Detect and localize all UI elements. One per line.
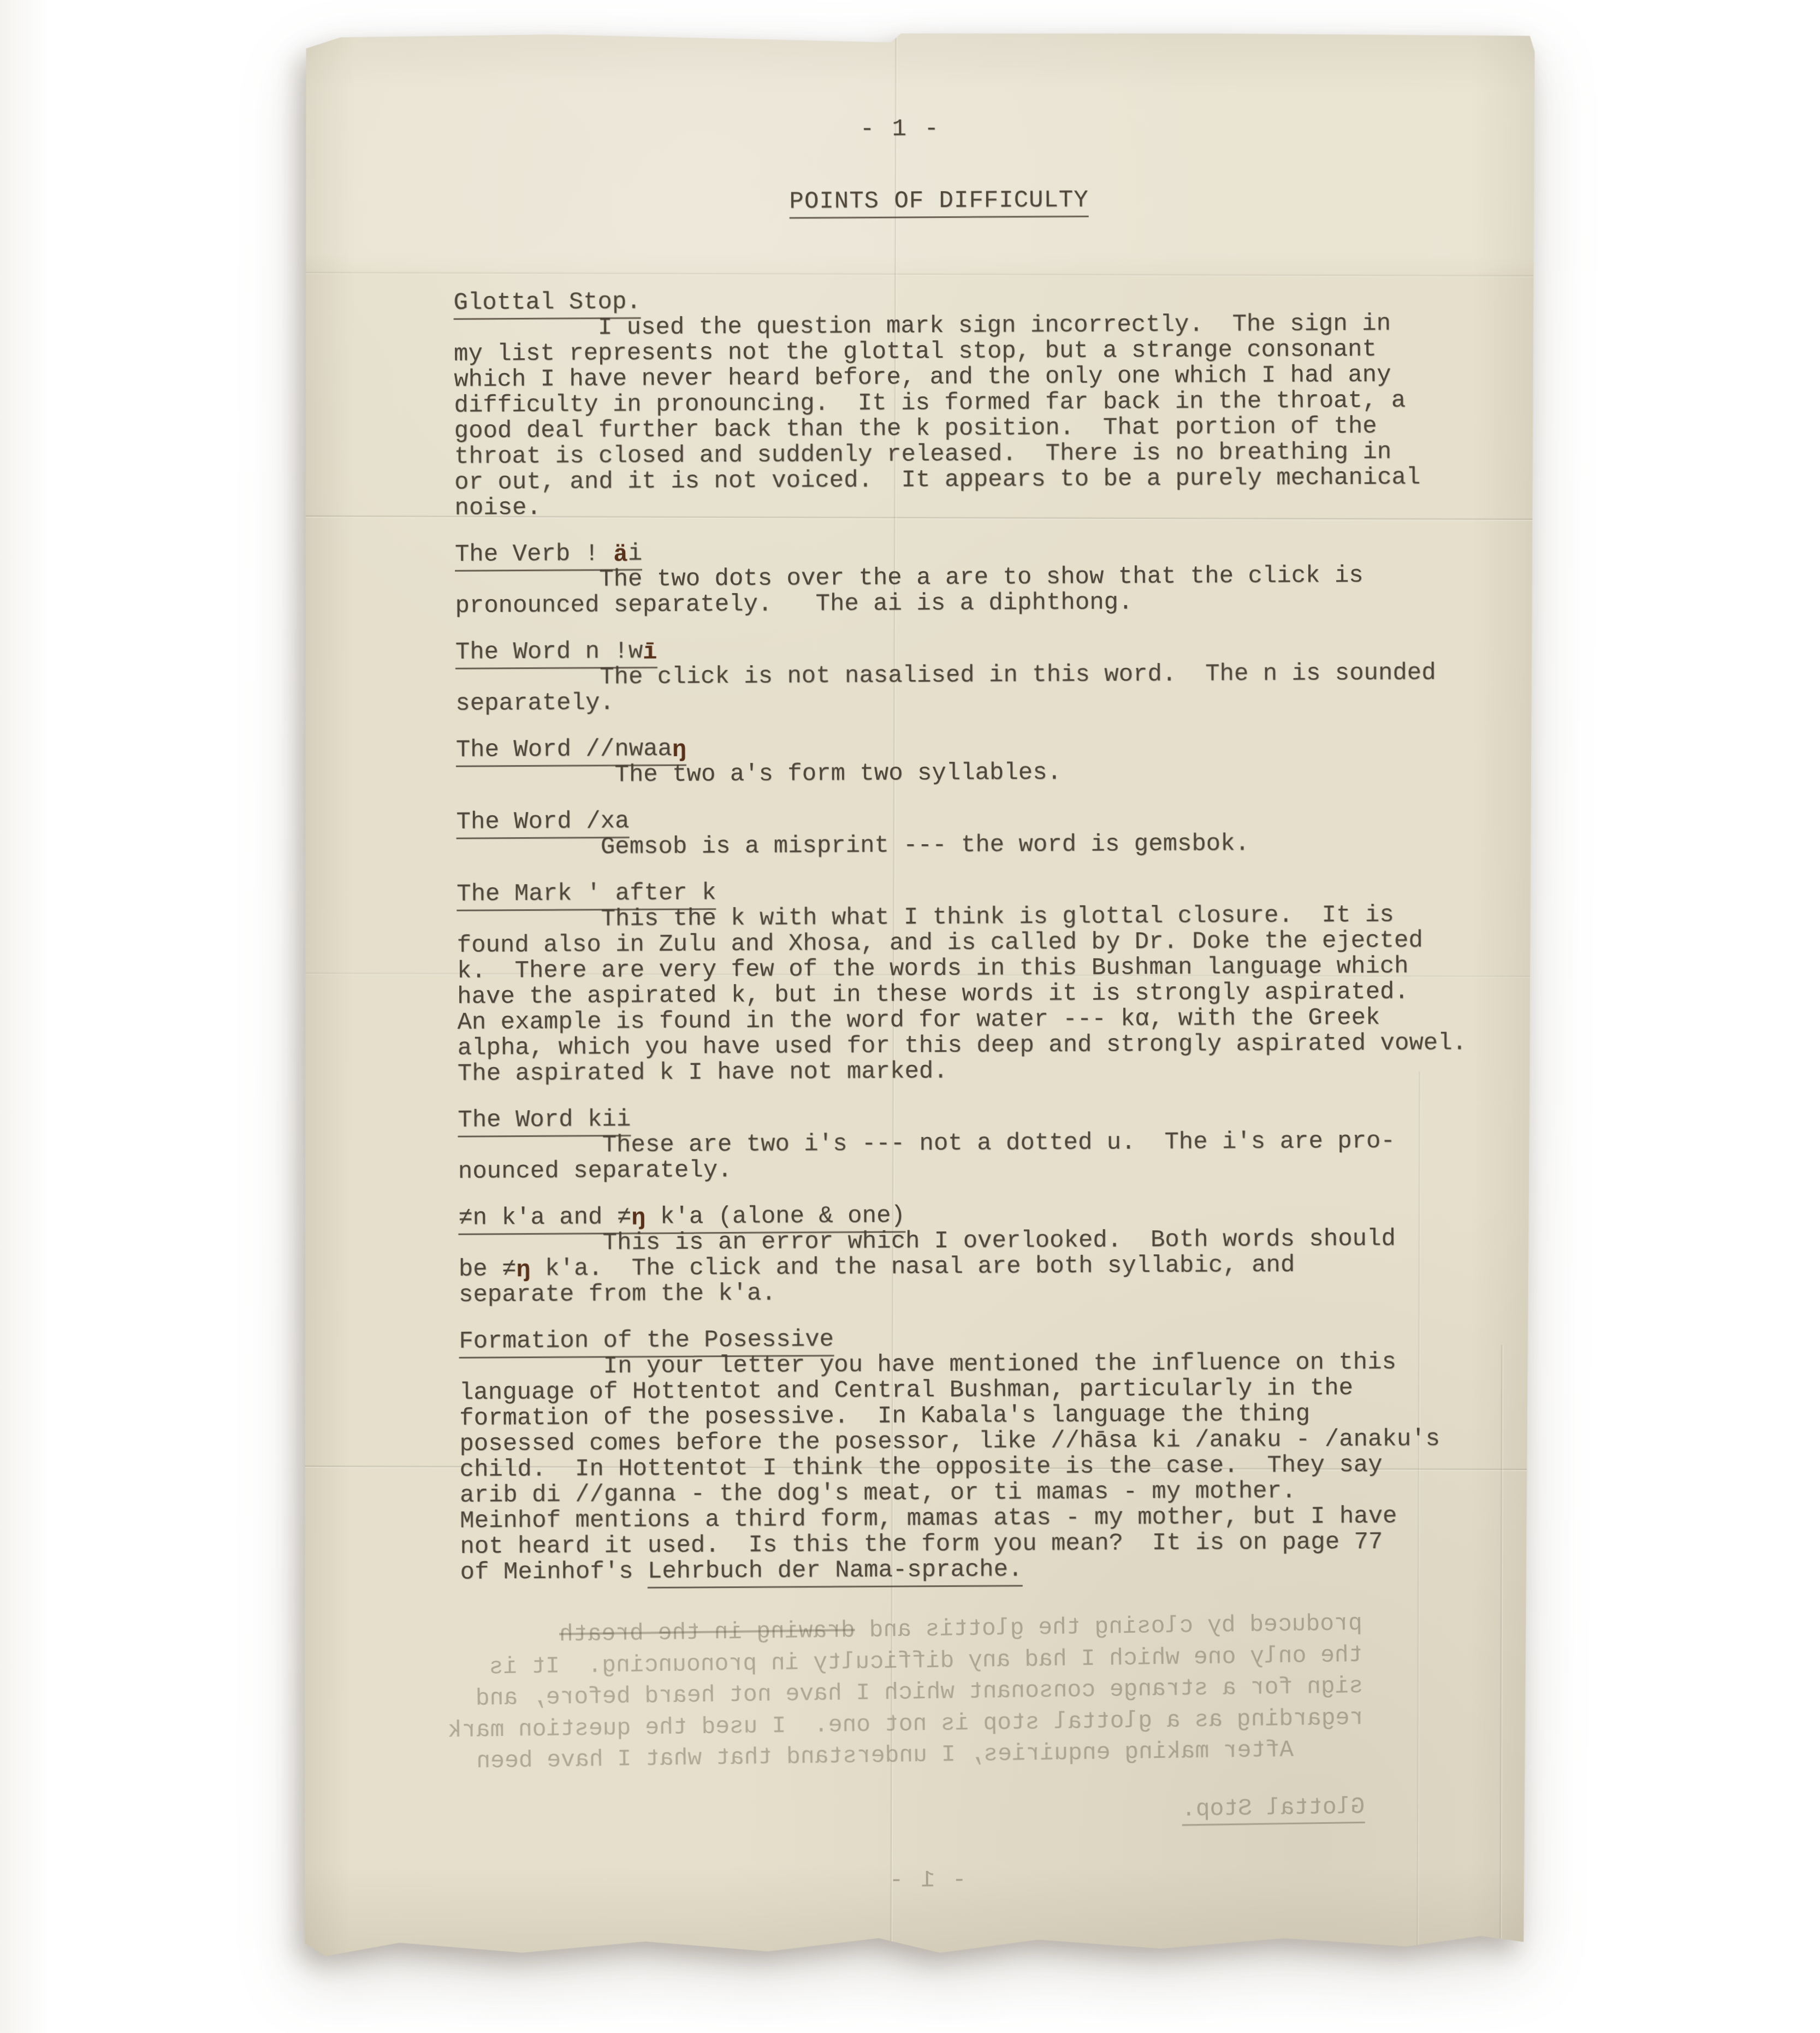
page-title: POINTS OF DIFFICULTY (789, 188, 1088, 215)
text-line: This is an error which I overlooked. Bot… (458, 1226, 1523, 1257)
photo-background: - 1 - POINTS OF DIFFICULTY Glottal Stop.… (0, 0, 1820, 2033)
letter-paper-shadow: - 1 - POINTS OF DIFFICULTY Glottal Stop.… (301, 31, 1534, 1963)
text-line: nounced separately. (458, 1154, 1523, 1185)
section-verb-ai: The Verb ! äi The two dots over the a ar… (455, 537, 1520, 619)
typed-content: - 1 - POINTS OF DIFFICULTY Glottal Stop.… (304, 26, 1542, 1961)
text-line: alpha, which you have used for this deep… (458, 1030, 1522, 1062)
page-number: - 1 - (860, 116, 940, 143)
page-title-text: POINTS OF DIFFICULTY (789, 187, 1088, 219)
heading-text-part: i (628, 540, 643, 567)
text-line: The aspirated k I have not marked. (458, 1056, 1522, 1087)
heading-text-part: The Verb ! (455, 540, 614, 568)
heading-text-part: The Word n !w (455, 638, 643, 666)
section-glottal-stop: Glottal Stop. I used the question mark s… (453, 285, 1519, 521)
text-part: of Meinhof's (460, 1558, 648, 1586)
text-line: not heard it used. Is this the form you … (460, 1529, 1525, 1560)
handwritten-glyph: ä (613, 541, 628, 568)
heading-text-part: k'a (alone & one) (645, 1202, 905, 1231)
section-word-nwaan: The Word //nwaaŋ The two a's form two sy… (456, 732, 1521, 789)
handwritten-glyph: ŋ (516, 1256, 531, 1284)
struck-text: drawing in the breath (559, 1617, 856, 1648)
handwritten-glyph: ī (643, 639, 657, 666)
text-part: be ≠ (459, 1255, 517, 1283)
text-line: child. In Hottentot I think the opposite… (460, 1452, 1525, 1483)
document-body: Glottal Stop. I used the question mark s… (453, 285, 1525, 1607)
section-mark-after-k: The Mark ' after k This the k with what … (457, 876, 1522, 1087)
text-line: or out, and it is not voiced. It appears… (454, 465, 1519, 496)
section-word-nwi: The Word n !wī The click is not nasalise… (455, 635, 1521, 717)
section-word-xa: The Word /xa Gemsob is a misprint --- th… (456, 804, 1521, 861)
heading-text-part: ≠n k'a and ≠ (458, 1204, 631, 1232)
text-line: These are two i's --- not a dotted u. Th… (458, 1128, 1522, 1159)
text-part: produced by closing the glottis and (855, 1610, 1362, 1644)
letter-page: - 1 - POINTS OF DIFFICULTY Glottal Stop.… (301, 31, 1534, 1963)
book-title-underlined: Lehrbuch der Nama-sprache. (648, 1556, 1023, 1589)
heading-text: Glottal Stop. (1182, 1793, 1365, 1825)
handwritten-glyph: ŋ (672, 737, 687, 764)
text-part: k'a. The click and the nasal are both sy… (531, 1252, 1295, 1283)
text-line: Gemsob is a misprint --- the word is gem… (457, 830, 1521, 861)
section-click-nasal: ≠n k'a and ≠ŋ k'a (alone & one) This is … (458, 1200, 1523, 1308)
text-line: separate from the k'a. (459, 1277, 1523, 1308)
text-line: of Meinhof's Lehrbuch der Nama-sprache. (460, 1555, 1525, 1586)
section-word-kii: The Word kii These are two i's --- not a… (458, 1103, 1523, 1185)
bleedthrough-page-number: - 1 - (888, 1867, 967, 1893)
bleedthrough-heading: Glottal Stop. (469, 1791, 1365, 1834)
section-formation-posessive: Formation of the Posessive In your lette… (459, 1324, 1525, 1586)
text-line: The click is not nasalised in this word.… (455, 660, 1520, 691)
heading-text-part: The Word //nwaa (456, 736, 672, 764)
text-line: The two a's form two syllables. (456, 758, 1521, 789)
text-line: pronounced separately. The ai is a dipht… (455, 588, 1520, 619)
handwritten-glyph: ŋ (631, 1205, 646, 1232)
text-line: In your letter you have mentioned the in… (459, 1349, 1524, 1380)
bleedthrough-text: produced by closing the glottis and draw… (466, 1608, 1365, 1835)
